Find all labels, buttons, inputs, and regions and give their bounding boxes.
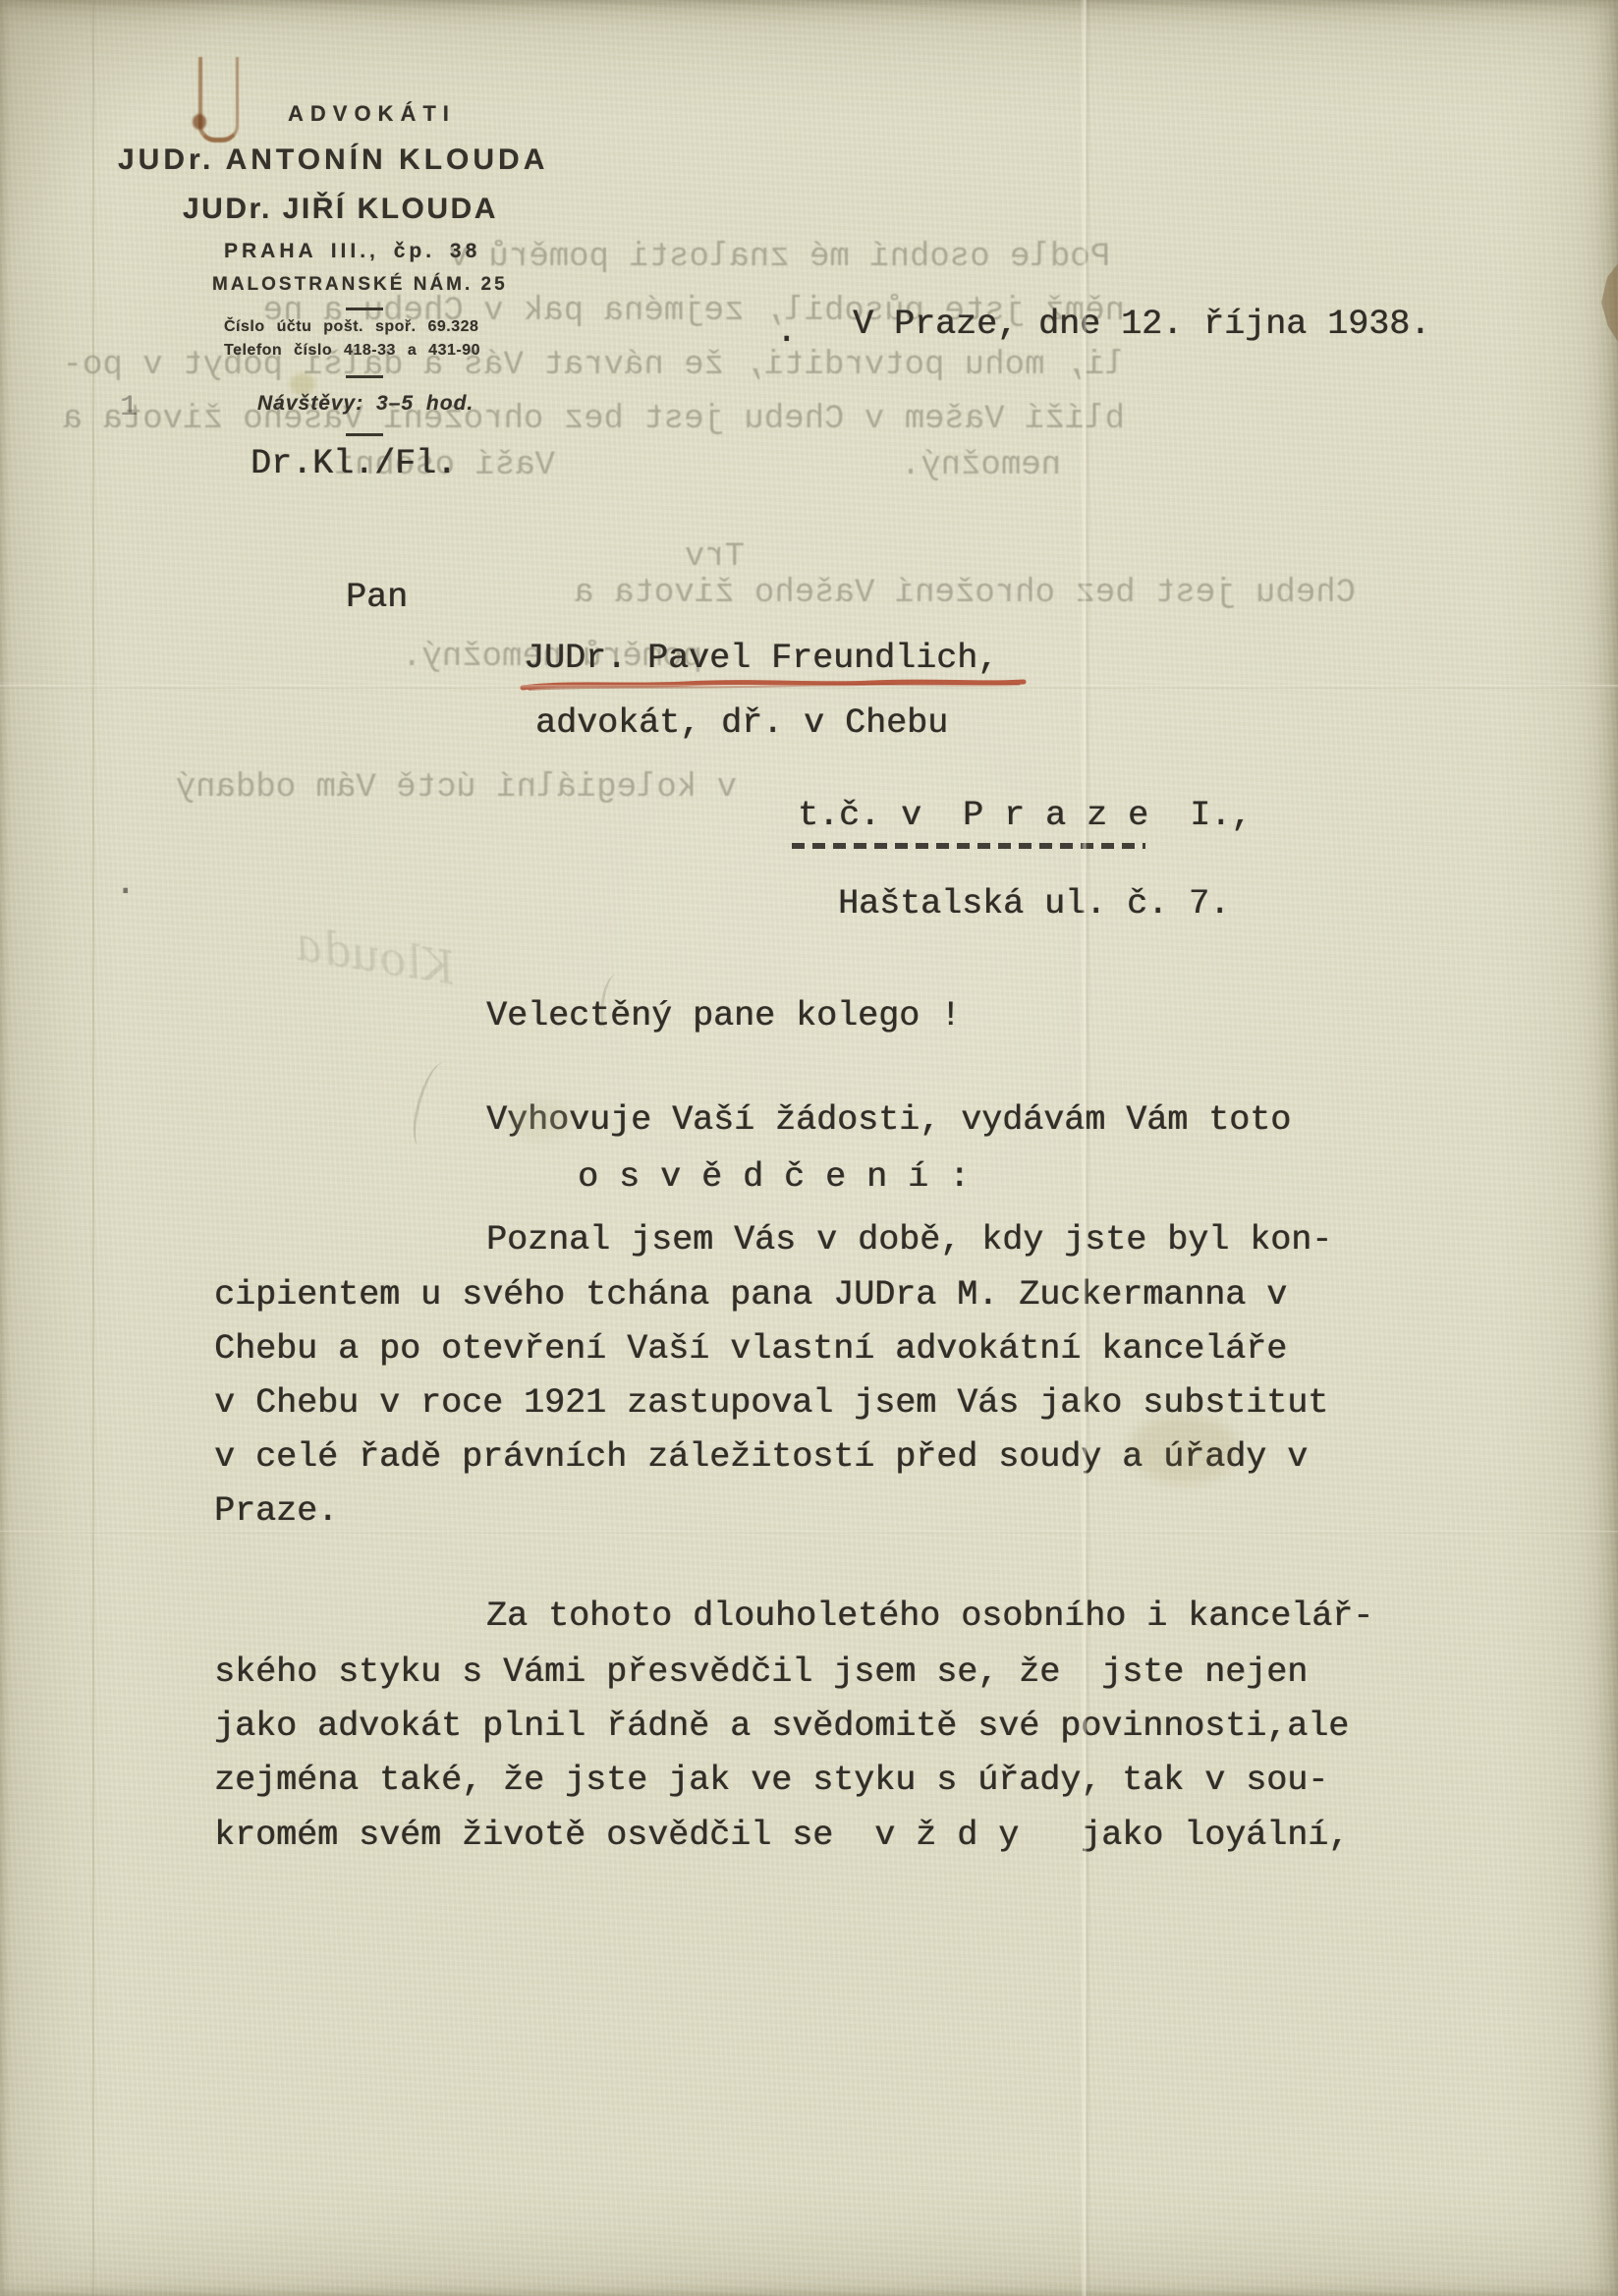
scanned-letter-page: Podle osobní mé znalosti poměrů v němž j… — [0, 0, 1618, 2296]
place-date-line: V Praze, dne 12. října 1938. — [853, 305, 1430, 344]
body-line: jako advokát plnil řádně a svědomitě své… — [214, 1707, 1349, 1746]
addressee-title: Pan — [346, 578, 408, 617]
salutation: Velectěný pane kolego ! — [486, 996, 961, 1036]
vertical-fold-crease — [92, 0, 94, 2296]
stray-dot: . — [776, 312, 797, 352]
horizontal-fold-crease — [0, 1531, 1618, 1534]
paper-edge-tear — [1601, 263, 1618, 342]
intro-line: Vyhovuje Vaší žádosti, vydávám Vám toto — [486, 1100, 1291, 1140]
paperclip-rust-stain — [198, 57, 239, 142]
vertical-fold-crease — [1081, 0, 1090, 2296]
red-underline — [519, 676, 1028, 694]
bleedthrough-line: Chebu jest bez ohrožení Vašeho života a — [422, 575, 1356, 612]
stray-digit: 1 — [120, 391, 138, 424]
intro-line: o s v ě d č e n í : — [578, 1157, 970, 1197]
bleedthrough-handwriting: Klouda — [91, 885, 459, 994]
letterhead-address-1: PRAHA III., čp. 38 — [224, 240, 480, 263]
bleedthrough-line: nemožný. — [688, 447, 1061, 484]
bleedthrough-line: v kolegiální úctě Vám oddaný — [192, 769, 737, 807]
letterhead-divider — [346, 308, 383, 310]
body-line: Poznal jsem Vás v době, kdy jste byl kon… — [486, 1220, 1332, 1260]
reference-line: Dr.Kl./Fl. — [251, 444, 457, 483]
body-line: v Chebu v roce 1921 zastupoval jsem Vás … — [214, 1383, 1328, 1423]
body-line: Chebu a po otevření Vaší vlastní advokát… — [214, 1329, 1287, 1369]
addressee-location: t.č. v P r a z e I., — [798, 796, 1252, 835]
body-line: v celé řadě právních záležitostí před so… — [214, 1437, 1308, 1477]
letterhead-name-2: JUDr. JIŘÍ KLOUDA — [183, 193, 498, 226]
pencil-stroke — [408, 1059, 456, 1149]
letterhead-name-1: JUDr. ANTONÍN KLOUDA — [118, 143, 548, 177]
letterhead-address-2: MALOSTRANSKÉ NÁM. 25 — [212, 274, 508, 296]
body-line: cipientem u svého tchána pana JUDra M. Z… — [214, 1275, 1287, 1315]
addressee-name: JUDr. Pavel Freundlich, — [524, 639, 998, 678]
letterhead-hours: Návštěvy: 3–5 hod. — [257, 392, 474, 416]
body-line: kromém svém životě osvědčil se v ž d y j… — [214, 1816, 1349, 1855]
letterhead-phone: Telefon číslo 418-33 a 431-90 — [224, 342, 480, 360]
bleedthrough-line: Trv — [627, 538, 745, 576]
addressee-street: Haštalská ul. č. 7. — [838, 884, 1230, 924]
dashed-underline — [792, 843, 1145, 849]
letterhead-divider — [346, 375, 383, 378]
letterhead-divider — [346, 433, 383, 436]
addressee-role: advokát, dř. v Chebu — [535, 703, 948, 743]
body-line: zejména také, že jste jak ve styku s úřa… — [214, 1761, 1328, 1800]
paperclip-rust-stain-blob — [193, 114, 206, 130]
body-line: Za tohoto dlouholetého osobního i kancel… — [486, 1596, 1373, 1636]
letterhead-account: Číslo účtu pošt. spoř. 69.328 — [224, 318, 478, 336]
stray-dot: . — [115, 865, 136, 904]
letterhead-label: ADVOKÁTI — [288, 101, 456, 127]
body-line: Praze. — [214, 1491, 338, 1531]
body-line: ského styku s Vámi přesvědčil jsem se, ž… — [214, 1652, 1308, 1692]
